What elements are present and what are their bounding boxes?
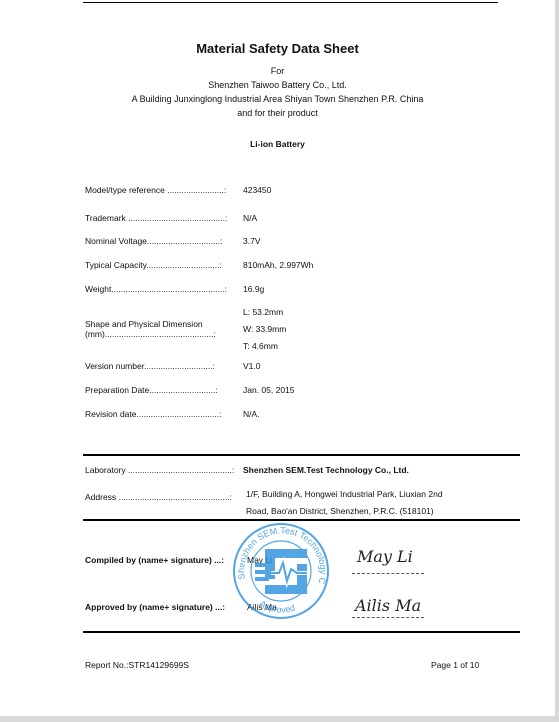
spec-row-model: Model/type reference ...................… bbox=[85, 185, 240, 197]
document-page: Material Safety Data Sheet For Shenzhen … bbox=[0, 0, 555, 716]
dimension-label-1: Shape and Physical Dimension bbox=[85, 319, 240, 329]
spec-row-weight: Weight..................................… bbox=[85, 284, 240, 296]
address-line-2: Road, Bao'an District, Shenzhen, P.R.C. … bbox=[246, 506, 434, 516]
address-line-1: 1/F, Building A, Hongwei Industrial Park… bbox=[246, 489, 443, 499]
spec-label: Version number..........................… bbox=[85, 361, 240, 371]
spec-value: 810mAh, 2.997Wh bbox=[243, 260, 313, 270]
address-row: Address ................................… bbox=[85, 492, 240, 504]
product-intro: and for their product bbox=[0, 108, 555, 118]
spec-value: Jan. 05, 2015 bbox=[243, 385, 295, 395]
lab-top-rule bbox=[83, 454, 520, 456]
dimension-width: W: 33.9mm bbox=[243, 324, 286, 334]
spec-row-preparation: Preparation Date........................… bbox=[85, 385, 240, 397]
lab-name: Shenzhen SEM.Test Technology Co., Ltd. bbox=[243, 465, 409, 475]
spec-value: 3.7V bbox=[243, 236, 261, 246]
spec-value: N/A bbox=[243, 213, 257, 223]
spec-row-dimension: Shape and Physical Dimension (mm).......… bbox=[85, 319, 240, 341]
spec-row-voltage: Nominal Voltage.........................… bbox=[85, 236, 240, 248]
approved-signature: Ailis Ma bbox=[355, 596, 421, 615]
spec-label: Trademark ..............................… bbox=[85, 213, 240, 223]
dimension-thickness: T: 4.6mm bbox=[243, 341, 278, 351]
dimension-label-2: (mm)....................................… bbox=[85, 329, 240, 339]
spec-row-capacity: Typical Capacity........................… bbox=[85, 260, 240, 272]
company-name: Shenzhen Taiwoo Battery Co., Ltd. bbox=[0, 80, 555, 90]
spec-label: Nominal Voltage.........................… bbox=[85, 236, 240, 246]
lab-label: Laboratory .............................… bbox=[85, 465, 240, 475]
document-title: Material Safety Data Sheet bbox=[0, 41, 555, 56]
compiled-label: Compiled by (name+ signature) ...: bbox=[85, 555, 224, 565]
company-address: A Building Junxinglong Industrial Area S… bbox=[0, 94, 555, 104]
spec-label: Model/type reference ...................… bbox=[85, 185, 240, 195]
product-name: Li-ion Battery bbox=[0, 139, 555, 149]
lab-row: Laboratory .............................… bbox=[85, 465, 240, 477]
spec-label: Revision date...........................… bbox=[85, 409, 240, 419]
spec-value: 423450 bbox=[243, 185, 271, 195]
spec-row-revision: Revision date...........................… bbox=[85, 409, 240, 421]
approved-label: Approved by (name+ signature) ...: bbox=[85, 602, 225, 612]
address-label: Address ................................… bbox=[85, 492, 240, 502]
compiled-signature: May Li bbox=[357, 547, 413, 566]
signature-bottom-rule bbox=[83, 631, 520, 633]
dimension-length: L: 53.2mm bbox=[243, 307, 283, 317]
spec-row-trademark: Trademark ..............................… bbox=[85, 213, 240, 225]
spec-value: V1.0 bbox=[243, 361, 261, 371]
spec-row-version: Version number..........................… bbox=[85, 361, 240, 373]
page-number: Page 1 of 10 bbox=[431, 660, 479, 670]
approval-stamp-icon: Shenzhen SEM.Test Technology Co.,Ltd. Ap… bbox=[231, 519, 331, 623]
report-number: Report No.:STR14129699S bbox=[85, 660, 189, 670]
top-rule bbox=[83, 2, 498, 3]
spec-value: 16.9g bbox=[243, 284, 264, 294]
spec-value: N/A. bbox=[243, 409, 260, 419]
compiled-signature-line bbox=[352, 573, 424, 574]
for-label: For bbox=[0, 66, 555, 76]
spec-label: Weight..................................… bbox=[85, 284, 240, 294]
spec-label: Typical Capacity........................… bbox=[85, 260, 240, 270]
approved-signature-line bbox=[352, 617, 424, 618]
spec-label: Preparation Date........................… bbox=[85, 385, 240, 395]
